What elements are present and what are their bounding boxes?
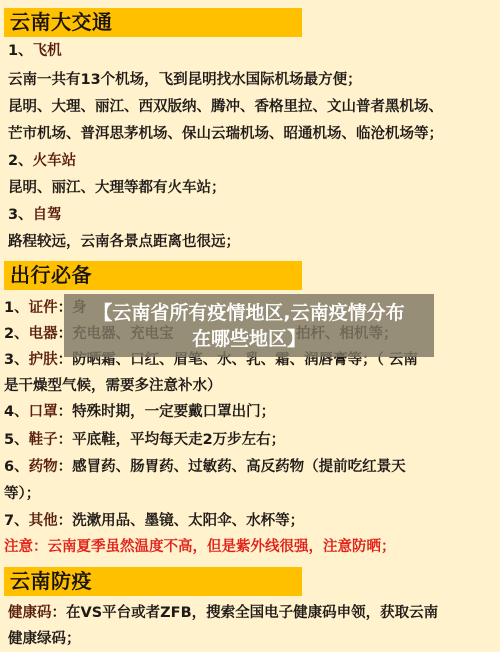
subheading-number: 1、 bbox=[8, 43, 33, 59]
item-number: 6、 bbox=[4, 459, 29, 475]
item-text: ：感冒药、肠胃药、过敏药、高反药物（提前吃红景天 bbox=[58, 459, 406, 475]
item-number: 2、 bbox=[4, 326, 29, 342]
overlay-title-line-2: 在哪些地区】 bbox=[192, 326, 306, 352]
item-text: ：特殊时期，一定要戴口罩出门； bbox=[58, 404, 276, 420]
item-number: 1、 bbox=[4, 300, 29, 316]
item-number: 3、 bbox=[4, 352, 29, 368]
section-heading-essentials: 出行必备 bbox=[4, 261, 302, 290]
section-heading-epidemic: 云南防疫 bbox=[4, 567, 302, 596]
train-text: 昆明、丽江、大理等都有火车站； bbox=[8, 178, 226, 198]
item-label: 证件 bbox=[29, 300, 58, 316]
essential-item-6-cont: 等）； bbox=[4, 484, 40, 504]
essential-item-6: 6、药物：感冒药、肠胃药、过敏药、高反药物（提前吃红景天 bbox=[4, 457, 406, 477]
item-number: 4、 bbox=[4, 404, 29, 420]
item-text: ：洗漱用品、墨镜、太阳伞、水杯等； bbox=[58, 513, 305, 529]
subheading-label: 火车站 bbox=[33, 153, 77, 169]
item-number: 7、 bbox=[4, 513, 29, 529]
essential-item-4: 4、口罩：特殊时期，一定要戴口罩出门； bbox=[4, 402, 275, 422]
title-overlay[interactable]: 【云南省所有疫情地区,云南疫情分布 在哪些地区】 bbox=[64, 294, 434, 357]
subheading-number: 2、 bbox=[8, 153, 33, 169]
item-text: ：平底鞋，平均每天走2万步左右； bbox=[58, 432, 286, 448]
overlay-title-line-1: 【云南省所有疫情地区,云南疫情分布 bbox=[93, 300, 404, 326]
item-number: 5、 bbox=[4, 432, 29, 448]
subheading-plane: 1、飞机 bbox=[8, 41, 62, 61]
essential-item-5: 5、鞋子：平底鞋，平均每天走2万步左右； bbox=[4, 430, 285, 450]
plane-text-1: 云南一共有13个机场，飞到昆明找水国际机场最方便； bbox=[8, 70, 362, 90]
item-label: 其他 bbox=[29, 513, 58, 529]
item-label: 电器 bbox=[29, 326, 58, 342]
item-label: 护肤 bbox=[29, 352, 58, 368]
essential-item-7: 7、其他：洗漱用品、墨镜、太阳伞、水杯等； bbox=[4, 511, 304, 531]
subheading-label: 飞机 bbox=[33, 43, 62, 59]
plane-text-3: 芒市机场、普洱思茅机场、保山云瑞机场、昭通机场、临沧机场等； bbox=[8, 124, 443, 144]
item-label: 药物 bbox=[29, 459, 58, 475]
plane-text-2: 昆明、大理、丽江、西双版纳、腾冲、香格里拉、文山普者黑机场、 bbox=[8, 97, 443, 117]
subheading-number: 3、 bbox=[8, 207, 33, 223]
sun-protection-note: 注意：云南夏季虽然温度不高，但是紫外线很强，注意防晒； bbox=[4, 537, 396, 557]
article-image: 云南大交通 1、飞机 云南一共有13个机场，飞到昆明找水国际机场最方便； 昆明、… bbox=[0, 0, 500, 652]
section-heading-transport: 云南大交通 bbox=[4, 8, 302, 37]
health-code-text-cont: 健康绿码； bbox=[8, 629, 81, 649]
item-label: 健康码 bbox=[8, 605, 52, 621]
subheading-train: 2、火车站 bbox=[8, 151, 76, 171]
item-label: 鞋子 bbox=[29, 432, 58, 448]
drive-text: 路程较远，云南各景点距离也很远； bbox=[8, 232, 240, 252]
item-label: 口罩 bbox=[29, 404, 58, 420]
essential-item-3-cont: 是干燥型气候，需要多注意补水） bbox=[4, 376, 222, 396]
health-code-text: 健康码：在VS平台或者ZFB，搜索全国电子健康码申领，获取云南 bbox=[8, 603, 438, 623]
item-text: ：在VS平台或者ZFB，搜索全国电子健康码申领，获取云南 bbox=[52, 605, 439, 621]
subheading-drive: 3、自驾 bbox=[8, 205, 62, 225]
subheading-label: 自驾 bbox=[33, 207, 62, 223]
